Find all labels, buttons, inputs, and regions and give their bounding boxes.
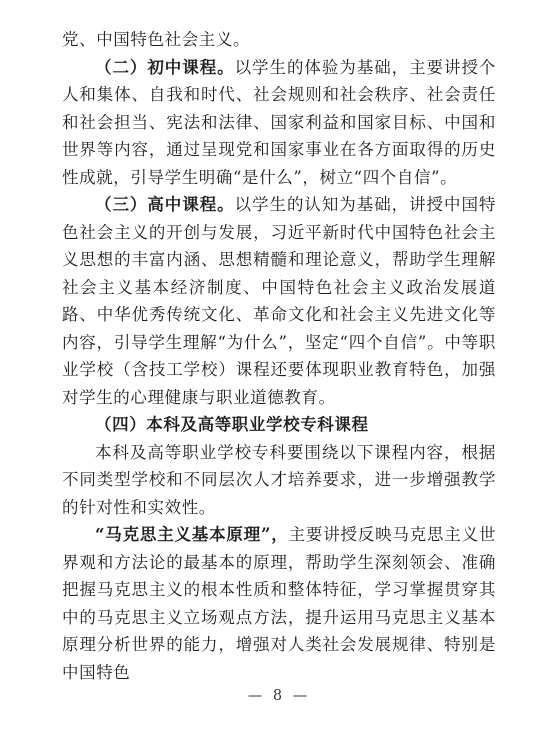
paragraph: 本科及高等职业学校专科要围绕以下课程内容，根据不同类型学校和不同层次人才培养要求… bbox=[62, 439, 496, 522]
document-page: 党、中国特色社会主义。 （二）初中课程。以学生的体验为基础，主要讲授个人和集体、… bbox=[0, 0, 558, 739]
paragraph-lead: （四）本科及高等职业学校专科课程 bbox=[95, 415, 369, 434]
paragraph-body: 主要讲授反映马克思主义世界观和方法论的最基本的原理，帮助学生深刻领会、准确把握马… bbox=[62, 525, 496, 682]
paragraph: “马克思主义基本原理”，主要讲授反映马克思主义世界观和方法论的最基本的原理，帮助… bbox=[62, 521, 496, 686]
paragraph-lead: （三）高中课程。 bbox=[95, 195, 235, 214]
paragraph-section-heading: （四）本科及高等职业学校专科课程 bbox=[62, 411, 496, 439]
paragraph-lead: “马克思主义基本原理”， bbox=[95, 525, 289, 544]
paragraph: （三）高中课程。以学生的认知为基础，讲授中国特色社会主义的开创与发展，习近平新时… bbox=[62, 191, 496, 411]
paragraph: 党、中国特色社会主义。 bbox=[62, 26, 496, 54]
page-number: — 8 — bbox=[0, 688, 558, 704]
paragraph-lead: （二）初中课程。 bbox=[95, 58, 235, 77]
paragraph-body: 党、中国特色社会主义。 bbox=[62, 30, 250, 49]
paragraph-body: 以学生的认知为基础，讲授中国特色社会主义的开创与发展，习近平新时代中国特色社会主… bbox=[62, 195, 496, 407]
paragraph-body: 本科及高等职业学校专科要围绕以下课程内容，根据不同类型学校和不同层次人才培养要求… bbox=[62, 443, 496, 517]
document-text-block: 党、中国特色社会主义。 （二）初中课程。以学生的体验为基础，主要讲授个人和集体、… bbox=[62, 26, 496, 686]
paragraph: （二）初中课程。以学生的体验为基础，主要讲授个人和集体、自我和时代、社会规则和社… bbox=[62, 54, 496, 192]
